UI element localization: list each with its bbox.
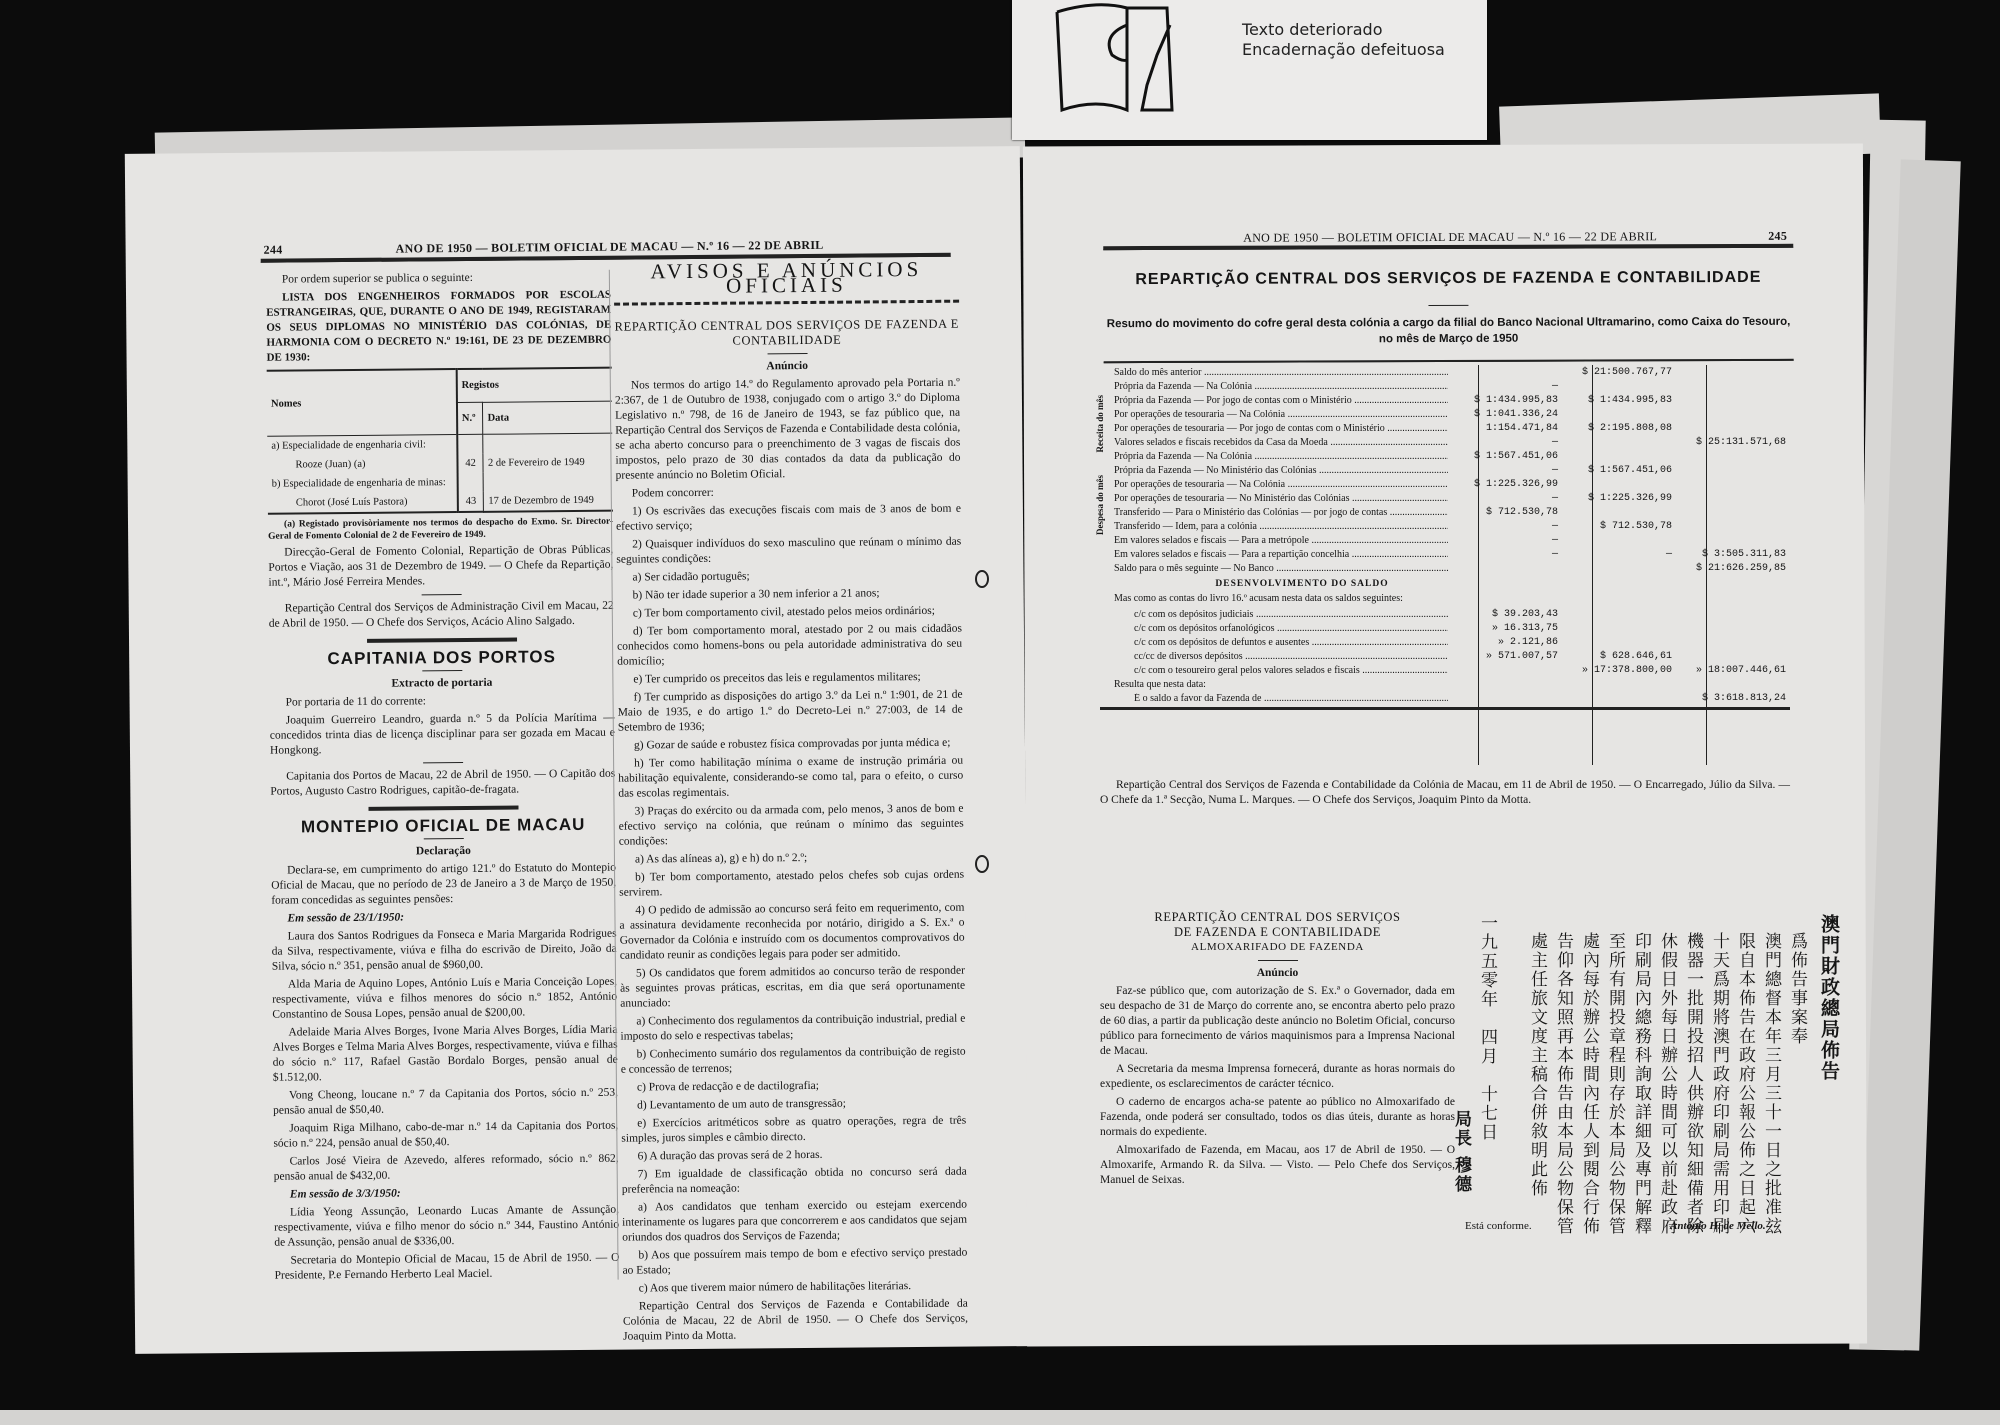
table-row: Chorot (José Luís Pastora)4317 de Dezemb… xyxy=(268,491,613,514)
anuncio-p3: 1) Os escrivães das execuções fiscais co… xyxy=(616,502,961,535)
row-label: Valores selados e fiscais recebidos da C… xyxy=(1114,437,1448,448)
col3-value: $ 3:618.813,24 xyxy=(1676,693,1790,704)
chinese-column: 印刷局內總務科詢取詳細及專門解釋 xyxy=(1628,932,1654,1236)
montepio-p2: Laura dos Santos Rodrigues da Fonseca e … xyxy=(272,927,617,975)
montepio-p6: Joaquim Riga Milhano, cabo-de-mar n.º 14… xyxy=(273,1119,618,1152)
ledger-row: Transferido — Para o Ministério das Coló… xyxy=(1114,505,1790,519)
chinese-column: 爲佈告事案奉 xyxy=(1784,932,1810,1236)
ledger-row: Por operações de tesouraria — Na Colónia… xyxy=(1114,407,1790,421)
exam-item: c) Prova de redacção e de dactilografia; xyxy=(621,1078,966,1096)
anuncio-p2: Podem concorrer: xyxy=(616,484,961,502)
col1-value: — xyxy=(1448,521,1562,532)
col1-value: — xyxy=(1448,535,1562,546)
col1-value: » 2.121,86 xyxy=(1448,637,1562,648)
anuncio-p1: Nos termos do artigo 14.º do Regulamento… xyxy=(615,376,961,484)
montepio-title: MONTEPIO OFICIAL DE MACAU xyxy=(271,817,616,835)
almox-title-2: DE FAZENDA E CONTABILIDADE xyxy=(1100,925,1455,940)
row-label: Saldo para o mês seguinte — No Banco xyxy=(1114,563,1448,574)
development-intro: Mas como as contas do livro 16.º acusam … xyxy=(1114,593,1790,607)
divider xyxy=(423,762,463,763)
engineers-table: Nomes Registos N.º Data a) Especialidade… xyxy=(267,367,613,515)
anuncio-p4: 2) Quaisquer indivíduos do sexo masculin… xyxy=(616,535,961,568)
exam-item: b) Conhecimento sumário dos regulamentos… xyxy=(621,1045,966,1078)
montepio-p9: Secretaria do Montepio Oficial de Macau,… xyxy=(274,1251,619,1284)
ledger-row: Saldo do mês anterior$ 21:500.767,77 xyxy=(1114,365,1790,379)
preference-item: c) Aos que tiverem maior número de habil… xyxy=(623,1279,968,1297)
col2-value: $ 1:225.326,99 xyxy=(1562,493,1676,504)
table-bottom-rule xyxy=(1100,707,1790,710)
group-label: b) Especialidade de engenharia de minas: xyxy=(268,473,458,494)
col3-value: $ 3:505.311,83 xyxy=(1676,549,1790,560)
development-row: Resulta que nesta data: xyxy=(1114,677,1790,691)
almox-p2: A Secretaria da mesma Imprensa fornecerá… xyxy=(1100,1062,1455,1092)
development-row: c/c com os depósitos orfanológicos» 16.3… xyxy=(1114,621,1790,635)
col2-value: » 17:378.800,00 xyxy=(1562,665,1676,676)
group-label: a) Especialidade de engenharia civil: xyxy=(267,435,457,456)
list-title: LISTA DOS ENGENHEIROS FORMADOS POR ESCOL… xyxy=(266,288,612,366)
chinese-column: 澳門總督本年三月三十一日之批准玆 xyxy=(1758,932,1784,1236)
col1-value: — xyxy=(1448,549,1562,560)
col1-value: $ 1:041.336,24 xyxy=(1448,409,1562,420)
conforme-text: Está conforme. xyxy=(1465,1220,1532,1232)
development-row: c/c com os depósitos de defuntos e ausen… xyxy=(1114,635,1790,649)
row-label: Por operações de tesouraria — No Ministé… xyxy=(1114,493,1448,504)
chinese-column: 休假日外每日辦公時間可以前赴政府 xyxy=(1654,932,1680,1236)
col1-value: $ 39.203,43 xyxy=(1448,609,1562,620)
page-number-right: 245 xyxy=(1768,229,1787,244)
capitania-p2: Joaquim Guerreiro Leandro, guarda n.º 5 … xyxy=(270,711,615,759)
registration-date: 2 de Fevereiro de 1949 xyxy=(483,453,612,473)
divider xyxy=(1428,305,1468,306)
condition-item: a) As das alíneas a), g) e h) do n.º 2.º… xyxy=(619,850,964,868)
chinese-column: 告仰各知照再本佈告由本局公物保管 xyxy=(1550,932,1576,1236)
montepio-p7: Carlos José Vieira de Azevedo, alferes r… xyxy=(274,1152,619,1185)
chinese-column: 機器一批開投招人供辦欲知細備者除 xyxy=(1680,932,1706,1236)
row-label: c/c com o tesoureiro geral pelos valores… xyxy=(1114,665,1448,676)
row-label: Própria da Fazenda — No Ministério das C… xyxy=(1114,465,1448,476)
receita-label: Receita do mês xyxy=(1095,395,1105,452)
anuncio-p6: 4) O pedido de admissão ao concurso será… xyxy=(619,901,965,964)
chinese-notice: 澳門財政總局佈告 爲佈告事案奉 澳門總督本年三月三十一日之批准玆 限自本佈告在政… xyxy=(1470,910,1850,1230)
col-header-date: Data xyxy=(483,401,612,434)
ledger-row: Por operações de tesouraria — Por jogo d… xyxy=(1114,421,1790,435)
row-label: c/c com os depósitos de defuntos e ausen… xyxy=(1114,637,1448,648)
row-label: Por operações de tesouraria — Na Colónia xyxy=(1114,409,1448,420)
development-row: cc/cc de diversos depósitos» 571.007,57$… xyxy=(1114,649,1790,663)
ledger-row: Valores selados e fiscais recebidos da C… xyxy=(1114,435,1790,449)
ledger-row: Saldo para o mês seguinte — No Banco$ 21… xyxy=(1114,561,1790,575)
exam-item: e) Exercícios aritméticos sobre as quatr… xyxy=(621,1114,966,1147)
anuncio-p9: 7) Em igualdade de classificação obtida … xyxy=(622,1165,967,1198)
capitania-p1: Por portaria de 11 do corrente: xyxy=(270,693,615,711)
almox-title-3: ALMOXARIFADO DE FAZENDA xyxy=(1100,940,1455,955)
ledger-row: Por operações de tesouraria — Na Colónia… xyxy=(1114,477,1790,491)
condition-item: b) Não ter idade superior a 30 nem infer… xyxy=(617,586,962,604)
divider xyxy=(423,838,463,839)
capitania-subtitle: Extracto de portaria xyxy=(269,675,614,693)
chinese-column: 限自本佈告在政府公報公佈之日起六 xyxy=(1732,932,1758,1236)
col1-value: — xyxy=(1448,465,1562,476)
condition-item: d) Ter bom comportamento moral, atestado… xyxy=(617,622,962,670)
col1-value: $ 1:567.451,06 xyxy=(1448,451,1562,462)
col-header-number: N.º xyxy=(457,402,484,435)
development-title: DESENVOLVIMENTO DO SALDO xyxy=(1114,579,1490,589)
col1-value: — xyxy=(1448,493,1562,504)
col1-value: — xyxy=(1448,381,1562,392)
page-number-left: 244 xyxy=(264,243,283,258)
registration-number: 43 xyxy=(457,492,483,512)
report-subtitle: Resumo do movimento do cofre geral desta… xyxy=(1104,314,1794,348)
row-label: Em valores selados e fiscais — Para a me… xyxy=(1114,535,1448,546)
ledger-row: Por operações de tesouraria — No Ministé… xyxy=(1114,491,1790,505)
running-header-right: ANO DE 1950 — BOLETIM OFICIAL DE MACAU —… xyxy=(1243,229,1657,245)
row-label: Transferido — Para o Ministério das Coló… xyxy=(1114,507,1448,518)
col2-value: $ 1:434.995,83 xyxy=(1562,395,1676,406)
almox-heading: Anúncio xyxy=(1100,966,1455,981)
divider xyxy=(421,594,461,595)
condition-item: c) Ter bom comportamento civil, atestado… xyxy=(617,604,962,622)
row-label: Resulta que nesta data: xyxy=(1114,679,1790,690)
table-footnote: (a) Registado provisòriamente nos termos… xyxy=(268,516,613,543)
divider xyxy=(767,353,807,354)
condition-item: h) Ter como habilitação mínima o exame d… xyxy=(618,754,963,802)
preference-item: a) Aos candidatos que tenham exercido ou… xyxy=(622,1198,967,1246)
col2-value: $ 2:195.808,08 xyxy=(1562,423,1676,434)
chinese-column: 處主任旅文度主稿合併敘明此佈 xyxy=(1524,932,1550,1236)
left-column-1: Por ordem superior se publica o seguinte… xyxy=(266,270,620,1287)
ledger-row: Própria da Fazenda — No Ministério das C… xyxy=(1114,463,1790,477)
avisos-title: AVISOS E ANÚNCIOS OFICIAIS xyxy=(614,262,959,295)
montepio-session-1: Em sessão de 23/1/1950: xyxy=(271,909,616,927)
col3-value: $ 21:626.259,85 xyxy=(1676,563,1790,574)
binding-hole xyxy=(975,855,989,873)
montepio-p3: Alda Maria de Aquino Lopes, António Luís… xyxy=(272,975,617,1023)
fomento-paragraph: Direcção-Geral de Fomento Colonial, Repa… xyxy=(268,543,613,591)
ledger-row: Em valores selados e fiscais — Para a me… xyxy=(1114,533,1790,547)
exam-item: a) Conhecimento dos regulamentos da cont… xyxy=(620,1012,965,1045)
col2-value: — xyxy=(1562,549,1676,560)
dept-title: REPARTIÇÃO CENTRAL DOS SERVIÇOS DE FAZEN… xyxy=(614,317,959,350)
condition-item: f) Ter cumprido as disposições do artigo… xyxy=(617,688,962,736)
montepio-p4: Adelaide Maria Alves Borges, Ivone Maria… xyxy=(272,1023,618,1086)
chinese-signer: 局長 穆德 xyxy=(1448,1110,1474,1194)
row-label: Por operações de tesouraria — Por jogo d… xyxy=(1114,423,1448,434)
intro-text: Por ordem superior se publica o seguinte… xyxy=(266,270,611,288)
almoxarifado-notice: REPARTIÇÃO CENTRAL DOS SERVIÇOS DE FAZEN… xyxy=(1100,910,1455,1191)
montepio-p1: Declara-se, em cumprimento do artigo 121… xyxy=(271,861,616,909)
montepio-subtitle: Declaração xyxy=(271,843,616,861)
ledger-signature: Repartição Central dos Serviços de Fazen… xyxy=(1100,778,1790,811)
montepio-p5: Vong Cheong, loucane n.º 7 da Capitania … xyxy=(273,1086,618,1119)
divider xyxy=(1258,960,1298,961)
almox-p3: O caderno de encargos acha-se patente ao… xyxy=(1100,1095,1455,1140)
bottom-strip xyxy=(0,1410,2000,1425)
anuncio-p10: Repartição Central dos Serviços de Fazen… xyxy=(623,1297,968,1345)
row-label: c/c com os depósitos orfanológicos xyxy=(1114,623,1448,634)
left-page: 244 ANO DE 1950 — BOLETIM OFICIAL DE MAC… xyxy=(125,146,1030,1354)
row-label: Transferido — Idem, para a colónia xyxy=(1114,521,1448,532)
col1-value: $ 1:434.995,83 xyxy=(1448,395,1562,406)
condition-item: g) Gozar de saúde e robustez física comp… xyxy=(618,736,963,754)
condition-item: b) Ter bom comportamento, atestado pelos… xyxy=(619,868,964,901)
row-label: Própria da Fazenda — Na Colónia xyxy=(1114,381,1448,392)
col2-value: $ 21:500.767,77 xyxy=(1562,367,1676,378)
row-label: c/c com os depósitos judiciais xyxy=(1114,609,1448,620)
row-label: Própria da Fazenda — Na Colónia xyxy=(1114,451,1448,462)
engineer-name: Chorot (José Luís Pastora) xyxy=(268,492,458,514)
registration-number: 42 xyxy=(457,454,483,473)
col1-value: — xyxy=(1448,437,1562,448)
row-label: Em valores selados e fiscais — Para a re… xyxy=(1114,549,1448,560)
anuncio-p7: 5) Os candidatos que forem admitidos ao … xyxy=(620,964,965,1012)
col2-value: $ 712.530,78 xyxy=(1562,521,1676,532)
development-row: É o saldo a favor da Fazenda de$ 3:618.8… xyxy=(1114,691,1790,705)
section-divider xyxy=(367,638,517,643)
report-title: REPARTIÇÃO CENTRAL DOS SERVIÇOS DE FAZEN… xyxy=(1103,269,1793,289)
damage-notice: Texto deteriorado Encadernação defeituos… xyxy=(1012,0,1487,140)
col2-value: $ 628.646,61 xyxy=(1562,651,1676,662)
admin-paragraph: Repartição Central dos Serviços de Admin… xyxy=(269,599,614,632)
col-header-registos: Registos xyxy=(456,368,612,402)
signed-name: António H. de Mello. xyxy=(1670,1220,1766,1232)
chinese-body: 爲佈告事案奉 澳門總督本年三月三十一日之批准玆 限自本佈告在政府公報公佈之日起六… xyxy=(1524,932,1810,1236)
anuncio-heading: Anúncio xyxy=(615,358,960,376)
chinese-title: 澳門財政總局佈告 xyxy=(1816,914,1842,1082)
divider xyxy=(422,670,462,671)
row-label: Própria da Fazenda — Por jogo de contas … xyxy=(1114,395,1448,406)
col1-value: 1:154.471,84 xyxy=(1448,423,1562,434)
header-rule xyxy=(1103,244,1793,250)
ledger-row: Própria da Fazenda — Na Colónia$ 1:567.4… xyxy=(1114,449,1790,463)
preference-item: b) Aos que possuírem mais tempo de bom e… xyxy=(622,1246,967,1279)
montepio-session-2: Em sessão de 3/3/1950: xyxy=(274,1185,619,1203)
row-label: Saldo do mês anterior xyxy=(1114,367,1448,378)
signature-text: Repartição Central dos Serviços de Fazen… xyxy=(1100,778,1790,808)
chinese-column: 至所有開投章程則存於本局公物保管 xyxy=(1602,932,1628,1236)
col1-value: $ 712.530,78 xyxy=(1448,507,1562,518)
development-row: c/c com o tesoureiro geral pelos valores… xyxy=(1114,663,1790,677)
almox-title-1: REPARTIÇÃO CENTRAL DOS SERVIÇOS xyxy=(1100,910,1455,925)
section-divider xyxy=(368,806,518,811)
despesa-label: Despesa do mês xyxy=(1095,475,1105,535)
chinese-date: 一九五零年 四月 十七日 xyxy=(1474,914,1500,1142)
col3-value: $ 25:131.571,68 xyxy=(1676,437,1790,448)
ledger-table: Receita do mês Despesa do mês Saldo do m… xyxy=(1100,365,1790,710)
notice-line-1: Texto deteriorado xyxy=(1242,20,1445,40)
col-header-names: Nomes xyxy=(267,369,457,436)
registration-date: 17 de Dezembro de 1949 xyxy=(484,491,613,512)
col3-value: » 18:007.446,61 xyxy=(1676,665,1790,676)
row-label: Por operações de tesouraria — Na Colónia xyxy=(1114,479,1448,490)
col1-value: $ 1:225.326,99 xyxy=(1448,479,1562,490)
ornamental-divider xyxy=(614,300,959,312)
almox-p1: Faz-se público que, com autorização de S… xyxy=(1100,984,1455,1059)
notice-line-2: Encadernação defeituosa xyxy=(1242,40,1445,60)
row-label: cc/cc de diversos depósitos xyxy=(1114,651,1448,662)
col1-value: » 571.007,57 xyxy=(1448,651,1562,662)
anuncio-p8: 6) A duração das provas será de 2 horas. xyxy=(621,1147,966,1165)
condition-item: e) Ter cumprido os preceitos das leis e … xyxy=(617,670,962,688)
damaged-book-icon xyxy=(1042,0,1232,120)
row-label: É o saldo a favor da Fazenda de xyxy=(1114,693,1448,704)
binding-hole xyxy=(975,570,989,588)
exam-item: d) Levantamento de um auto de transgress… xyxy=(621,1096,966,1114)
ledger-row: Própria da Fazenda — Na Colónia— xyxy=(1114,379,1790,393)
montepio-p8: Lídia Yeong Assunção, Leonardo Lucas Ama… xyxy=(274,1203,619,1251)
left-column-2: AVISOS E ANÚNCIOS OFICIAIS REPARTIÇÃO CE… xyxy=(614,262,968,1348)
chinese-column: 十天爲期將澳門政府印刷局需用印刷 xyxy=(1706,932,1732,1236)
capitania-p3: Capitania dos Portos de Macau, 22 de Abr… xyxy=(270,767,615,800)
chinese-column: 處內每於辦公時間內任人到閱合行佈 xyxy=(1576,932,1602,1236)
anuncio-p5: 3) Praças do exército ou da armada com, … xyxy=(618,802,963,850)
engineer-name: Rooze (Juan) (a) xyxy=(267,454,457,475)
condition-item: a) Ser cidadão português; xyxy=(616,568,961,586)
almox-p4: Almoxarifado de Fazenda, em Macau, aos 1… xyxy=(1100,1143,1455,1188)
development-row: c/c com os depósitos judiciais$ 39.203,4… xyxy=(1114,607,1790,621)
ledger-row: Transferido — Idem, para a colónia—$ 712… xyxy=(1114,519,1790,533)
table-top-rule xyxy=(1104,359,1794,363)
ledger-row: Em valores selados e fiscais — Para a re… xyxy=(1114,547,1790,561)
col2-value: $ 1:567.451,06 xyxy=(1562,465,1676,476)
col1-value: » 16.313,75 xyxy=(1448,623,1562,634)
ledger-row: Própria da Fazenda — Por jogo de contas … xyxy=(1114,393,1790,407)
capitania-title: CAPITANIA DOS PORTOS xyxy=(269,649,614,667)
